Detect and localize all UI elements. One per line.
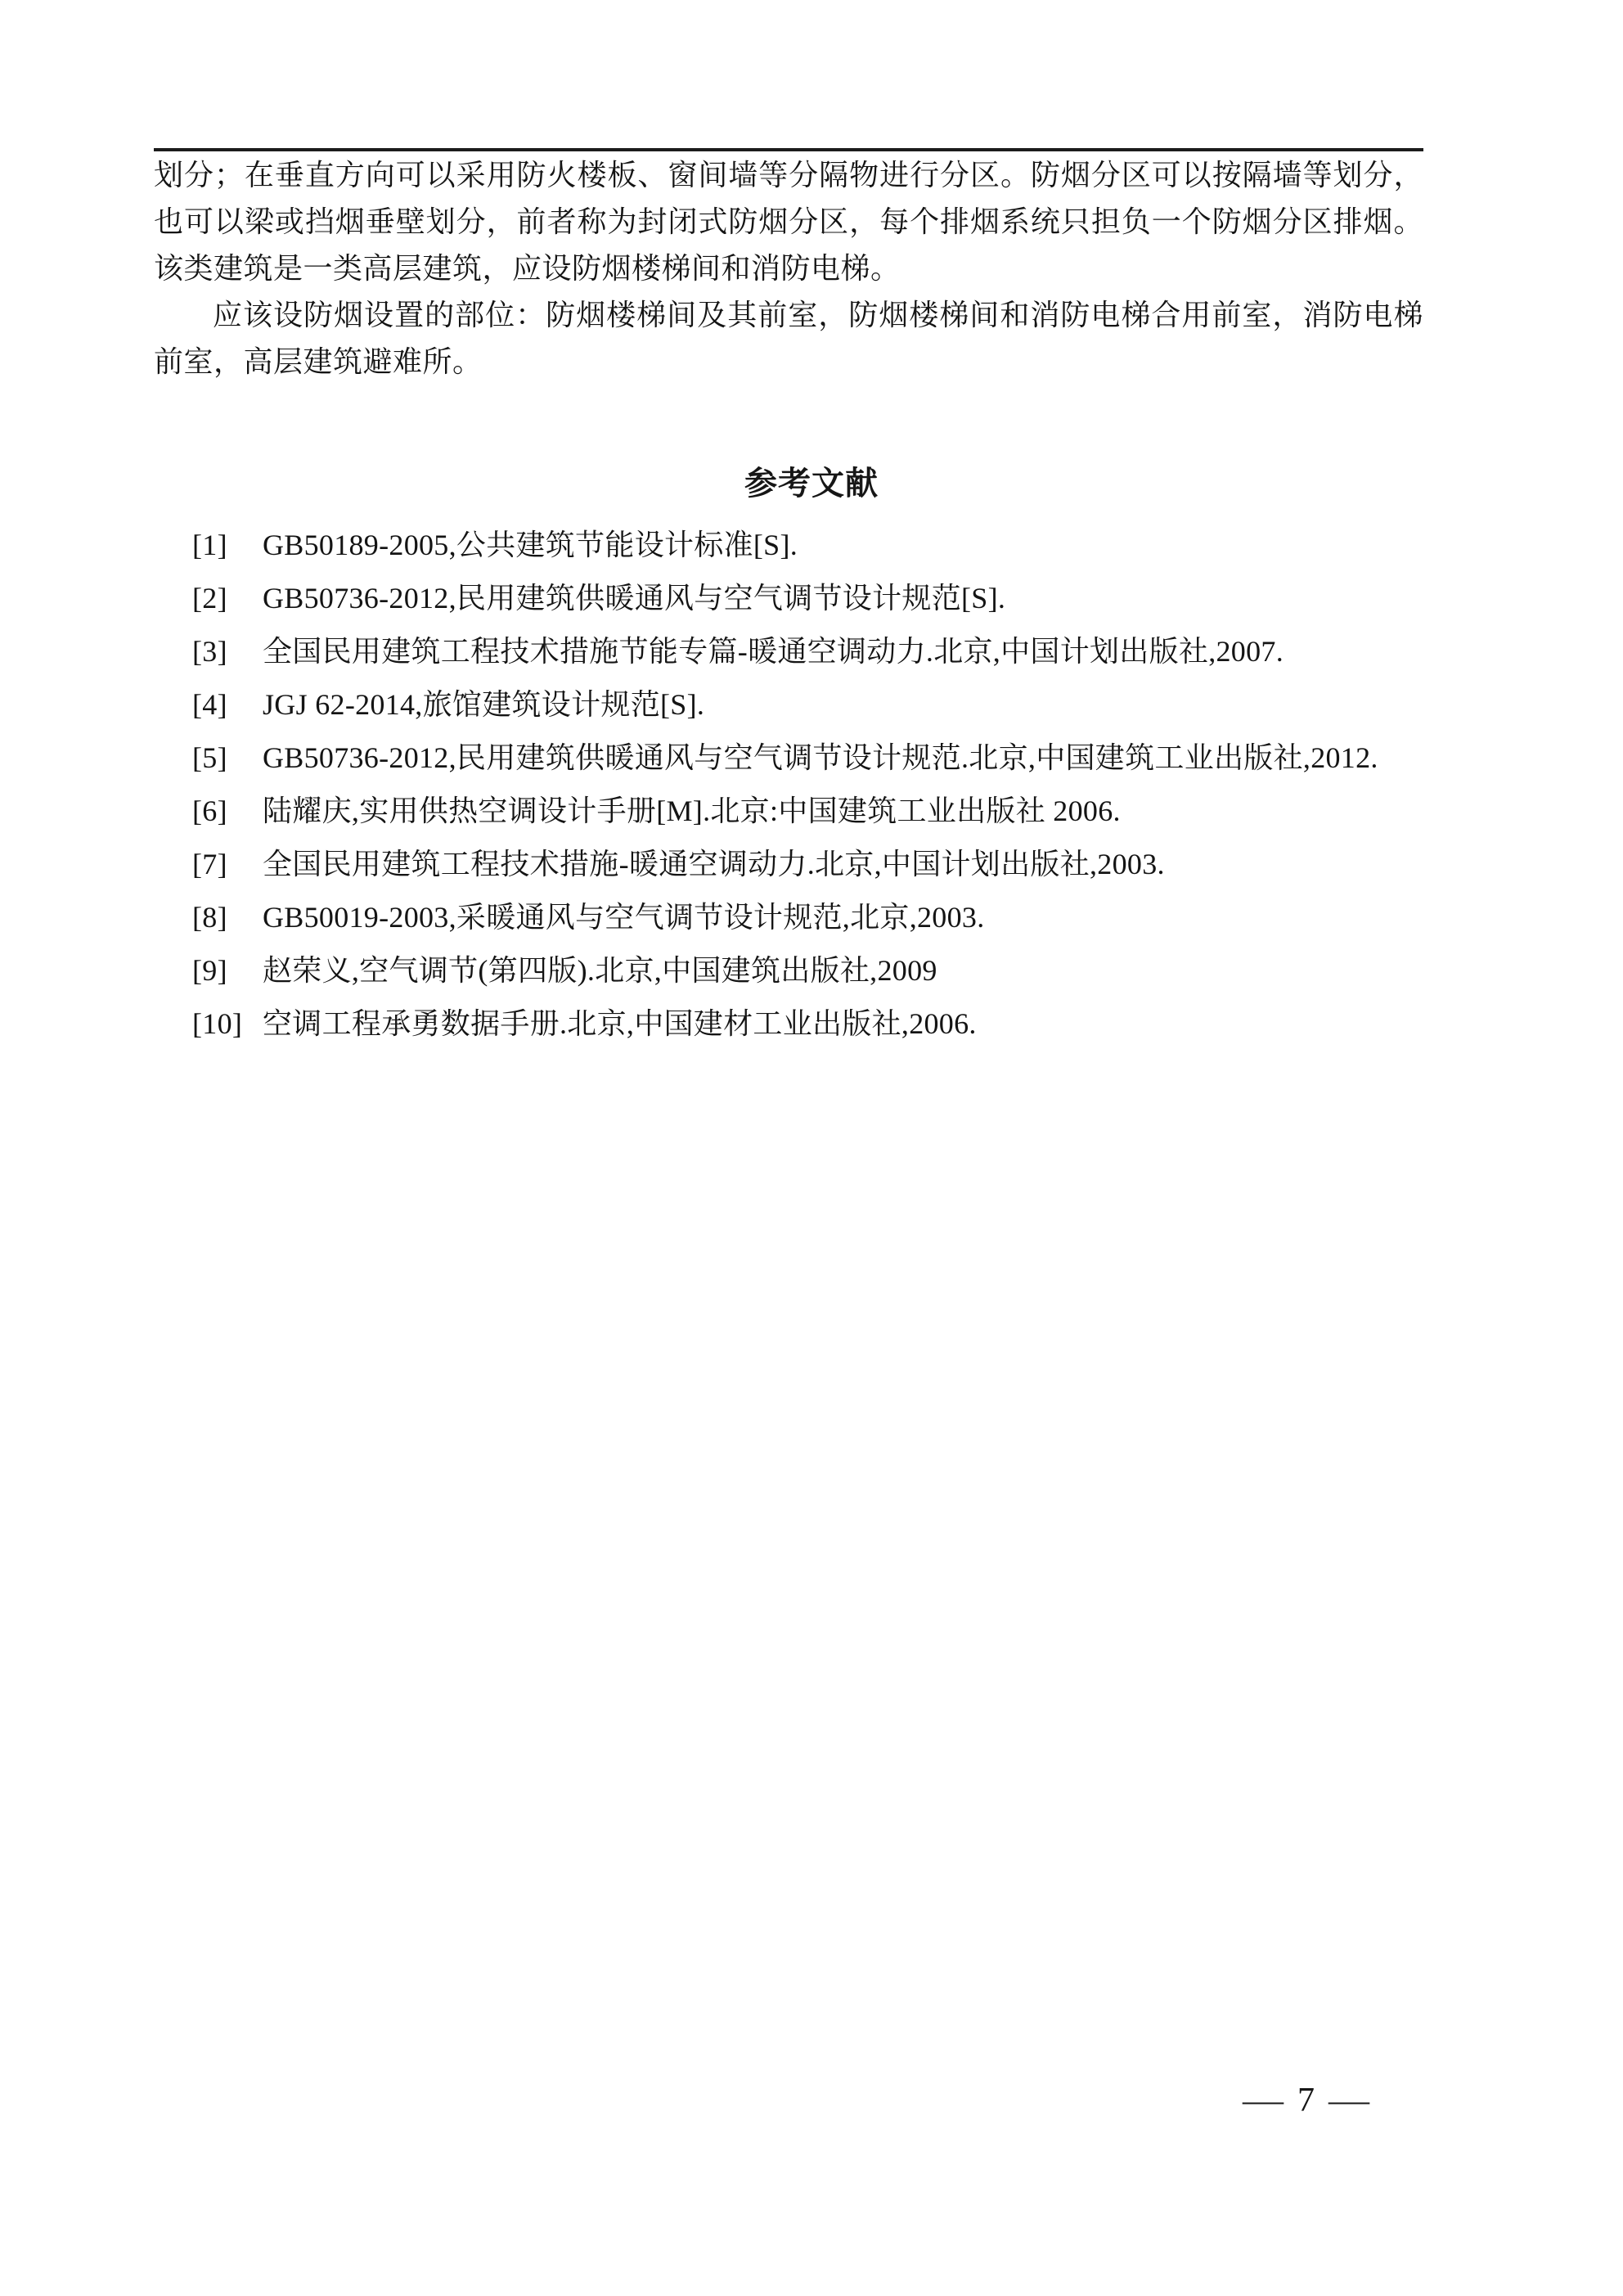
reference-text: 陆耀庆,实用供热空调设计手册[M].北京:中国建筑工业出版社 2006. bbox=[263, 795, 1121, 827]
reference-label: [5] bbox=[192, 732, 263, 785]
reference-item: [2]GB50736-2012,民用建筑供暖通风与空气调节设计规范[S]. bbox=[192, 572, 1468, 625]
paragraph-continuation: 划分；在垂直方向可以采用防火楼板、窗间墙等分隔物进行分区。防烟分区可以按隔墙等划… bbox=[154, 152, 1423, 292]
reference-text: 全国民用建筑工程技术措施节能专篇-暖通空调动力.北京,中国计划出版社,2007. bbox=[263, 635, 1284, 668]
reference-text: GB50736-2012,民用建筑供暖通风与空气调节设计规范.北京,中国建筑工业… bbox=[263, 741, 1378, 774]
reference-label: [10] bbox=[192, 997, 263, 1051]
reference-label: [3] bbox=[192, 625, 263, 678]
reference-item: [6]陆耀庆,实用供热空调设计手册[M].北京:中国建筑工业出版社 2006. bbox=[192, 785, 1468, 838]
body-text-block: 划分；在垂直方向可以采用防火楼板、窗间墙等分隔物进行分区。防烟分区可以按隔墙等划… bbox=[154, 152, 1423, 385]
reference-item: [5]GB50736-2012,民用建筑供暖通风与空气调节设计规范.北京,中国建… bbox=[192, 732, 1468, 785]
reference-label: [4] bbox=[192, 678, 263, 732]
header-rule bbox=[154, 148, 1423, 151]
page-number-value: 7 bbox=[1297, 2081, 1315, 2120]
reference-text: GB50019-2003,采暖通风与空气调节设计规范,北京,2003. bbox=[263, 901, 985, 934]
reference-item: [3]全国民用建筑工程技术措施节能专篇-暖通空调动力.北京,中国计划出版社,20… bbox=[192, 625, 1468, 678]
reference-text: GB50189-2005,公共建筑节能设计标准[S]. bbox=[263, 529, 798, 561]
reference-text: JGJ 62-2014,旅馆建筑设计规范[S]. bbox=[263, 688, 704, 721]
reference-item: [9]赵荣义,空气调节(第四版).北京,中国建筑出版社,2009 bbox=[192, 944, 1468, 997]
reference-label: [1] bbox=[192, 519, 263, 572]
reference-label: [7] bbox=[192, 838, 263, 891]
reference-label: [6] bbox=[192, 785, 263, 838]
reference-item: [10]空调工程承勇数据手册.北京,中国建材工业出版社,2006. bbox=[192, 997, 1468, 1051]
reference-item: [1]GB50189-2005,公共建筑节能设计标准[S]. bbox=[192, 519, 1468, 572]
references-heading: 参考文献 bbox=[0, 463, 1623, 504]
reference-item: [4]JGJ 62-2014,旅馆建筑设计规范[S]. bbox=[192, 678, 1468, 732]
paragraph-smoke-control-locations: 应该设防烟设置的部位：防烟楼梯间及其前室，防烟楼梯间和消防电梯合用前室，消防电梯… bbox=[154, 292, 1423, 385]
reference-item: [8]GB50019-2003,采暖通风与空气调节设计规范,北京,2003. bbox=[192, 891, 1468, 944]
reference-label: [2] bbox=[192, 572, 263, 625]
reference-text: 全国民用建筑工程技术措施-暖通空调动力.北京,中国计划出版社,2003. bbox=[263, 848, 1165, 880]
reference-label: [9] bbox=[192, 944, 263, 997]
reference-text: 赵荣义,空气调节(第四版).北京,中国建筑出版社,2009 bbox=[263, 954, 937, 987]
page-number-left-dash: — bbox=[1243, 2081, 1284, 2120]
document-page: 划分；在垂直方向可以采用防火楼板、窗间墙等分隔物进行分区。防烟分区可以按隔墙等划… bbox=[0, 0, 1623, 2296]
reference-text: 空调工程承勇数据手册.北京,中国建材工业出版社,2006. bbox=[263, 1007, 977, 1040]
references-list: [1]GB50189-2005,公共建筑节能设计标准[S]. [2]GB5073… bbox=[192, 519, 1468, 1051]
reference-item: [7]全国民用建筑工程技术措施-暖通空调动力.北京,中国计划出版社,2003. bbox=[192, 838, 1468, 891]
reference-text: GB50736-2012,民用建筑供暖通风与空气调节设计规范[S]. bbox=[263, 582, 1005, 615]
page-number-right-dash: — bbox=[1329, 2081, 1369, 2120]
page-number: — 7 — bbox=[1247, 2081, 1365, 2120]
reference-label: [8] bbox=[192, 891, 263, 944]
